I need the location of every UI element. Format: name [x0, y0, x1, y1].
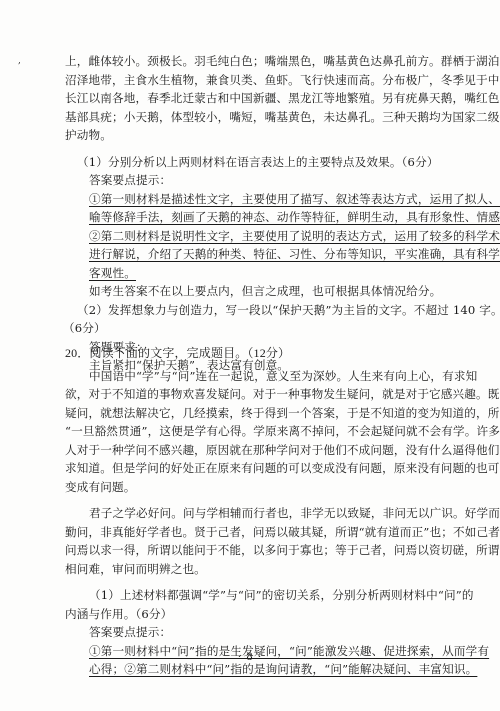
passage-paragraph-1: 中国语中“学”与“问”连在一起说，意义至为深妙。人生来有向上心，有求知 欲，对于…	[65, 367, 453, 497]
answer-text: 进行解说，介绍了天鹅的种类、特征、习性、分布等知识，平实准确，具有科学性、	[89, 247, 500, 261]
passage-line: 相问难，审问而明辨之也。	[65, 560, 453, 579]
passage-swan-description: 上，雌体较小。颈极长。羽毛纯白色；嘴端黑色，嘴基黄色达鼻孔前方。群栖于湖泊、 沼…	[65, 52, 453, 145]
grading-note: 如考生答案不在以上要点内，但言之成理，也可根据具体情况给分。	[65, 282, 453, 301]
question-score: （6分）	[63, 319, 453, 338]
scan-mark: ,	[18, 56, 21, 66]
question-prompt-cont: 内涵与作用。（6分）	[65, 605, 453, 624]
question-20-1: （1）上述材料都强调“学”与“问”的密切关系，分别分析两则材料中“问”的 内涵与…	[65, 586, 453, 679]
answer-line: 进行解说，介绍了天鹅的种类、特征、习性、分布等知识，平实准确，具有科学性、	[65, 245, 453, 264]
passage-paragraph-2: 君子之学必好问。问与学相辅而行者也，非学无以致疑，非问无以广识。好学而不 勤问，…	[65, 504, 453, 578]
passage-line: 中国语中“学”与“问”连在一起说，意义至为深妙。人生来有向上心，有求知	[65, 367, 453, 386]
passage-line: 求知道。但是学问的好处正在原来有问题的可以变成没有问题，原来没有问题的也可以	[65, 459, 453, 478]
question-heading: 20．阅读下面的文字，完成题目。（12分）	[65, 344, 453, 363]
passage-line: 问焉以求一得，所谓以能问于不能，以多问于寡也；等于己者，问焉以资切磋，所谓交	[65, 541, 453, 560]
answer-text: 心得；②第二则材料中“问”指的是询问请教，“问”能解决疑问、丰富知识。	[89, 662, 477, 676]
exam-page: , 上，雌体较小。颈极长。羽毛纯白色；嘴端黑色，嘴基黄色达鼻孔前方。群栖于湖泊、…	[0, 0, 500, 711]
passage-line: 护动物。	[65, 126, 453, 145]
passage-line: 基部具疣；小天鹅，体型较小，嘴短，嘴基黄色，未达鼻孔。三种天鹅均为国家二级保	[65, 108, 453, 127]
passage-line: 疑问，就想法解决它，几经摸索，终于得到一个答案，于是不知道的变为知道的，所谓	[65, 404, 453, 423]
answer-hint-label: 答案要点提示：	[65, 171, 453, 190]
passage-line: 勤问，非真能好学者也。贤于己者，问焉以破其疑，所谓“就有道而正”也；不如己者，	[65, 523, 453, 542]
passage-line: 人对于一种学问不感兴趣，原因就在那种学问对于他们不成问题，没有什么逼得他们要	[65, 441, 453, 460]
answer-line: 喻等修辞手法，刻画了天鹅的神态、动作等特征，鲜明生动，具有形象性、情感性；	[65, 208, 453, 227]
passage-line: 变成有问题。	[65, 478, 453, 497]
passage-line: 欲，对于不知道的事物欢喜发疑问。对于一种事物发生疑问，就是对于它感兴趣。既有	[65, 385, 453, 404]
question-19-1: （1）分别分析以上两则材料在语言表达上的主要特点及效果。（6分） 答案要点提示：…	[65, 153, 453, 301]
answer-text: 喻等修辞手法，刻画了天鹅的神态、动作等特征，鲜明生动，具有形象性、情感性；	[89, 210, 500, 224]
section-20: 20．阅读下面的文字，完成题目。（12分） 中国语中“学”与“问”连在一起说，意…	[65, 344, 453, 679]
passage-line: 上，雌体较小。颈极长。羽毛纯白色；嘴端黑色，嘴基黄色达鼻孔前方。群栖于湖泊、	[65, 52, 453, 71]
question-prompt: （1）上述材料都强调“学”与“问”的密切关系，分别分析两则材料中“问”的	[65, 586, 453, 605]
passage-line: 长江以南各地，春季北迁蒙古和中国新疆、黑龙江等地繁殖。另有疣鼻天鹅，嘴红色，	[65, 89, 453, 108]
section-19: 上，雌体较小。颈极长。羽毛纯白色；嘴端黑色，嘴基黄色达鼻孔前方。群栖于湖泊、 沼…	[65, 52, 453, 375]
passage-line: 君子之学必好问。问与学相辅而行者也，非学无以致疑，非问无以广识。好学而不	[65, 504, 453, 523]
question-prompt: （2）发挥想象力与创造力，写一段以“保护天鹅”为主旨的文字。不超过 140 字。	[65, 301, 453, 320]
answer-text: ①第一则材料是描述性文字，主要使用了描写、叙述等表达方式，运用了拟人、比	[89, 192, 500, 206]
answer-text: 客观性。	[89, 266, 136, 280]
passage-line: 沼泽地带，主食水生植物，兼食贝类、鱼虾。飞行快速而高。分布极广，冬季见于中国	[65, 71, 453, 90]
page-number: · 8 ·	[0, 649, 500, 664]
answer-line: ②第二则材料是说明性文字，主要使用了说明的表达方式，运用了较多的科学术语	[65, 227, 453, 246]
question-prompt: （1）分别分析以上两则材料在语言表达上的主要特点及效果。（6分）	[65, 153, 453, 172]
answer-line: ①第一则材料是描述性文字，主要使用了描写、叙述等表达方式，运用了拟人、比	[65, 190, 453, 209]
passage-line: “一旦豁然贯通”，这便是学有心得。学原来离不掉问，不会起疑问就不会有学。许多	[65, 422, 453, 441]
answer-line: 客观性。	[65, 264, 453, 283]
answer-text: ②第二则材料是说明性文字，主要使用了说明的表达方式，运用了较多的科学术语	[89, 229, 500, 243]
answer-hint-label: 答案要点提示：	[65, 623, 453, 642]
